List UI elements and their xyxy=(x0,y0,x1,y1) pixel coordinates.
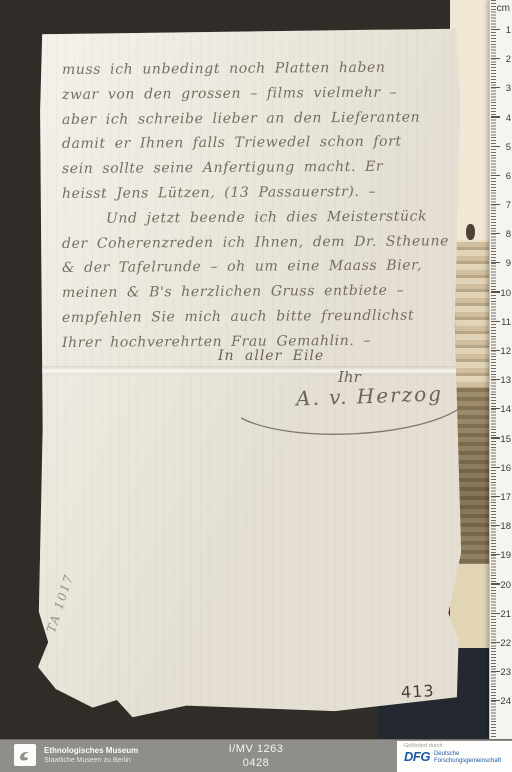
handwritten-line: meinen & B's herzlichen Gruss entbiete – xyxy=(62,278,458,306)
scanned-document-view: cm 1 2 3 4 5 xyxy=(0,0,512,772)
ruler-cm-mark: 22 xyxy=(490,614,512,643)
ruler-cm-number: 24 xyxy=(500,696,511,707)
ruler-cm-mark: 6 xyxy=(490,147,512,176)
ruler-cm-mark: 2 xyxy=(490,30,512,59)
measurement-ruler: cm 1 2 3 4 5 xyxy=(489,0,512,742)
letter-page: muss ich unbedingt noch Platten haben zw… xyxy=(38,28,462,718)
ruler-cm-mark: 14 xyxy=(490,380,512,409)
handwritten-line: zwar von den grossen – films vielmehr – xyxy=(62,80,458,108)
handwritten-line: & der Tafelrunde – oh um eine Maass Bier… xyxy=(62,254,458,282)
signature-flourish xyxy=(236,402,468,442)
funding-block: Gefördert durch DFG Deutsche Forschungsg… xyxy=(397,741,512,772)
dfg-logo: DFG xyxy=(404,750,430,763)
ruler-cm-mark: 9 xyxy=(490,234,512,263)
letter-salutation: Ihr xyxy=(338,368,361,386)
ruler-cm-mark: 16 xyxy=(490,439,512,468)
ruler-cm-mark: 12 xyxy=(490,322,512,351)
ruler-cm-mark: 10 xyxy=(490,263,512,292)
handwritten-line: sein sollte seine Anfertigung macht. Er xyxy=(62,154,458,182)
ruler-cm-mark: 1 xyxy=(490,1,512,30)
handwritten-line: damit er Ihnen falls Triewedel schon for… xyxy=(62,130,458,158)
ruler-cm-mark: 23 xyxy=(490,643,512,672)
ruler-cm-mark: 24 xyxy=(490,672,512,701)
handwritten-line: heisst Jens Lützen, (13 Passauerstr). – xyxy=(62,179,458,207)
scan-footer-bar: Ethnologisches Museum Staatliche Museen … xyxy=(0,739,512,772)
ruler-cm-mark: 4 xyxy=(490,88,512,117)
funding-org-line2: Forschungsgemeinschaft xyxy=(434,758,501,765)
ruler-cm-mark: 15 xyxy=(490,409,512,438)
ruler-cm-mark: 20 xyxy=(490,555,512,584)
funding-org-line1: Deutsche xyxy=(434,751,501,758)
ruler-cm-mark: 7 xyxy=(490,176,512,205)
ruler-cm-mark: 3 xyxy=(490,59,512,88)
page-number-note: 413 xyxy=(401,681,435,702)
pencil-annotation-rotated: TA 1017 xyxy=(44,572,76,634)
handwritten-line: Und jetzt beende ich dies Meisterstück xyxy=(62,204,458,232)
ruler-scale: 1 2 3 4 5 6 xyxy=(490,1,512,702)
ruler-cm-mark: 13 xyxy=(490,351,512,380)
ruler-cm-mark: 21 xyxy=(490,585,512,614)
page-stack-dark-spot xyxy=(466,224,475,240)
page-stack-streaks xyxy=(452,242,494,390)
ruler-cm-mark: 11 xyxy=(490,293,512,322)
handwritten-line: der Coherenzreden ich Ihnen, dem Dr. Sth… xyxy=(62,229,458,257)
handwritten-line: muss ich unbedingt noch Platten haben xyxy=(62,55,458,83)
letter-closing: In aller Eile xyxy=(218,348,324,364)
paper-crease xyxy=(38,366,462,375)
ruler-cm-mark: 5 xyxy=(490,118,512,147)
handwritten-line: empfehlen Sie mich auch bitte freundlich… xyxy=(62,303,458,331)
funding-organization: Deutsche Forschungsgemeinschaft xyxy=(434,750,501,765)
ruler-cm-mark: 17 xyxy=(490,468,512,497)
ruler-cm-mark: 19 xyxy=(490,526,512,555)
letter-body: muss ich unbedingt noch Platten haben zw… xyxy=(62,58,458,356)
ruler-cm-mark: 8 xyxy=(490,205,512,234)
ruler-cm-mark: 18 xyxy=(490,497,512,526)
handwritten-line: aber ich schreibe lieber an den Lieferan… xyxy=(62,105,458,133)
